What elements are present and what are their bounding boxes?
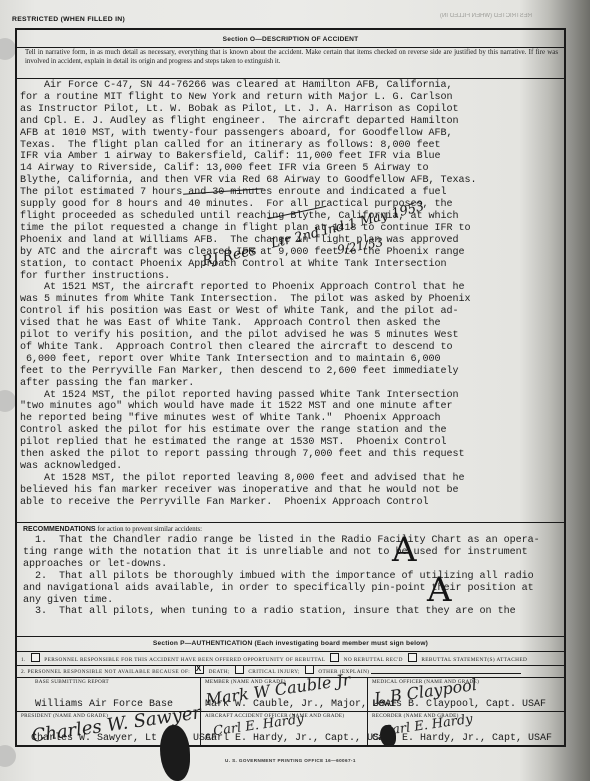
narrative-line: 6,000 feet, report over White Tank Inter…	[20, 354, 477, 366]
section-p-title: Section P—AUTHENTICATION (Each investiga…	[17, 637, 564, 652]
president-value: Charles W. Sawyer, Lt Col, USAF	[31, 733, 217, 744]
explain-line	[371, 673, 521, 674]
narrative-line: feet to the Perryville Fan Marker, then …	[20, 366, 477, 378]
narrative-line: Blythe, California, and then VFR via Red…	[20, 175, 477, 187]
recorder-value: Carl E. Hardy, Jr., Capt, USAF	[372, 733, 552, 744]
rebuttal-offered-checkbox[interactable]	[31, 653, 40, 662]
death-checkbox[interactable]	[195, 665, 204, 674]
scanned-document-page: RESTRICTED (WHEN FILLED IN) RESTRICTED (…	[0, 0, 590, 781]
personnel-unavailable-row: 2. Personnel Responsible Not Available B…	[17, 665, 564, 678]
narrative-line: At 1521 MST, the aircraft reported to Ph…	[20, 282, 477, 294]
narrative-line: was acknowledged.	[20, 461, 477, 473]
narrative-line: time the pilot requested a change in fli…	[20, 223, 477, 235]
narrative-line: of White Tank. Approach Control then cle…	[20, 342, 477, 354]
narrative-line: station, to contact Phoenix Approach Con…	[20, 259, 477, 271]
narrative-line: AFB at 1010 MST, with twenty-four passen…	[20, 128, 477, 140]
no-rebuttal-checkbox[interactable]	[330, 653, 339, 662]
divider	[17, 78, 564, 79]
divider	[17, 522, 564, 523]
authentication-signatures: Base Submitting Report Williams Air Forc…	[17, 678, 564, 745]
recommendation-line: ting range with the notation that it is …	[23, 547, 540, 559]
field-medical-officer: Medical Officer (Name and Grade) L B Cla…	[368, 678, 564, 712]
critical-injury-checkbox[interactable]	[235, 665, 244, 674]
field-accident-officer: Aircraft Accident Officer (Name and Grad…	[201, 712, 368, 745]
recommendations-list: 1. That the Chandler radio range be list…	[23, 535, 540, 618]
narrative-line: Texas. The flight plan called for an iti…	[20, 140, 477, 152]
narrative-line: At 1524 MST, the pilot reported having p…	[20, 390, 477, 402]
section-o-title: Section O—DESCRIPTION OF ACCIDENT	[17, 33, 564, 48]
narrative-line: for further instructions.	[20, 271, 477, 283]
narrative-line: as Instructor Pilot, Lt. W. Bobak as Pil…	[20, 104, 477, 116]
narrative-line: believed his fan marker receiver was ino…	[20, 485, 477, 497]
medical-officer-value: Lewis B. Claypool, Capt. USAF	[372, 699, 546, 710]
narrative-line: "two minutes ago" which would have made …	[20, 401, 477, 413]
narrative-line: for a routine MIT flight to New York and…	[20, 92, 477, 104]
other-checkbox[interactable]	[305, 665, 314, 674]
rebuttal-attached-checkbox[interactable]	[408, 653, 417, 662]
accident-narrative: Air Force C-47, SN 44-76266 was cleared …	[20, 80, 477, 509]
narrative-line: 14 Airway to Riverside, Calif: 13,000 fe…	[20, 163, 477, 175]
narrative-line: Control if his position was East or West…	[20, 306, 477, 318]
accident-officer-value: Carl E. Hardy, Jr., Capt., USAF	[205, 733, 391, 744]
scan-artifact	[160, 725, 190, 781]
narrative-line: Air Force C-47, SN 44-76266 was cleared …	[20, 80, 477, 92]
punch-hole	[0, 745, 16, 767]
narrative-line: he reported being "five minutes west of …	[20, 413, 477, 425]
recommendation-line: 3. That all pilots, when tuning to a rad…	[23, 606, 540, 618]
narrative-line: was 5 minutes from White Tank Intersecti…	[20, 294, 477, 306]
margin-mark-a: A	[427, 570, 452, 610]
narrative-line: after passing the fan marker.	[20, 378, 477, 390]
recommendations-heading: RECOMMENDATIONS for action to prevent si…	[23, 526, 202, 533]
narrative-line: Control asked the pilot for his estimate…	[20, 425, 477, 437]
narrative-line: At 1528 MST, the pilot reported leaving …	[20, 473, 477, 485]
classification-marking: RESTRICTED (WHEN FILLED IN)	[12, 16, 125, 23]
narrative-line: then asked the pilot to report passing t…	[20, 449, 477, 461]
field-recorder: Recorder (Name and Grade) Carl E. Hardy …	[368, 712, 564, 745]
narrative-line: able to receive the Perryville Fan Marke…	[20, 497, 477, 509]
recommendation-line: any given time.	[23, 595, 540, 607]
field-member: Member (Name and Grade) Mark W Cauble Jr…	[201, 678, 368, 712]
scan-artifact	[380, 725, 396, 747]
narrative-line: and Cpl. E. J. Audley as flight engineer…	[20, 116, 477, 128]
recommendation-line: 2. That all pilots be thoroughly imbued …	[23, 571, 540, 583]
section-o-instructions: Tell in narrative form, in as much detai…	[25, 49, 558, 66]
narrative-line: pilot replied that he estimated the rang…	[20, 437, 477, 449]
narrative-line: IFR via Amber 1 airway to Bakersfield, C…	[20, 151, 477, 163]
recommendation-line: approaches or let-downs.	[23, 559, 540, 571]
narrative-line: pilot to verify his position, and the pi…	[20, 330, 477, 342]
printer-imprint: U. S. GOVERNMENT PRINTING OFFICE 16—6006…	[225, 758, 356, 763]
punch-hole	[0, 38, 16, 60]
bleedthrough-text: RESTRICTED (WHEN FILLED IN)	[440, 13, 532, 19]
narrative-line: vised that he was East of White Tank. Ap…	[20, 318, 477, 330]
accident-report-form: Section O—DESCRIPTION OF ACCIDENT Tell i…	[15, 28, 566, 747]
recommendation-line: and navigational aids available, in orde…	[23, 583, 540, 595]
recommendation-line: 1. That the Chandler radio range be list…	[23, 535, 540, 547]
punch-hole	[0, 390, 16, 412]
margin-mark-a: A	[392, 530, 417, 570]
